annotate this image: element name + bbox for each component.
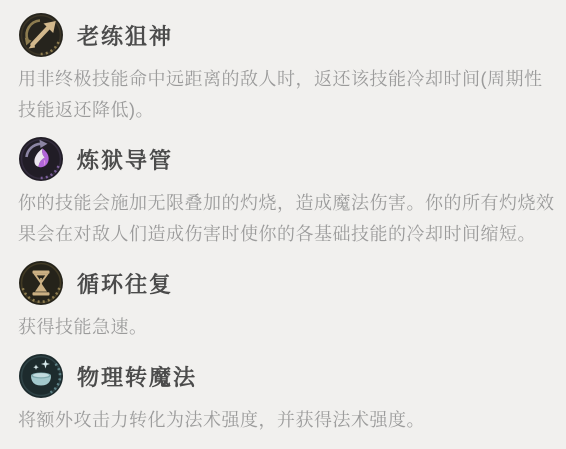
augment-item-header: 循环往复 (18, 260, 560, 306)
augment-item: 物理转魔法 将额外攻击力转化为法术强度，并获得法术强度。 (18, 353, 560, 436)
augment-name: 循环往复 (77, 268, 173, 299)
augment-name: 炼狱导管 (77, 144, 173, 175)
augment-item-header: 物理转魔法 (18, 353, 560, 399)
augment-description: 将额外攻击力转化为法术强度，并获得法术强度。 (18, 405, 560, 436)
augment-description: 用非终极技能命中远距离的敌人时，返还该技能冷却时间(周期性技能返还降低)。 (18, 64, 560, 126)
augment-item-header: 炼狱导管 (18, 136, 560, 182)
augment-item: 老练狙神 用非终极技能命中远距离的敌人时，返还该技能冷却时间(周期性技能返还降低… (18, 12, 560, 126)
cauldron-sparkles-icon (18, 353, 64, 399)
hourglass-icon (18, 260, 64, 306)
augment-name: 物理转魔法 (77, 361, 197, 392)
augment-description: 获得技能急速。 (18, 312, 560, 343)
augment-item-header: 老练狙神 (18, 12, 560, 58)
infernal-flame-icon (18, 136, 64, 182)
augment-list-panel: 老练狙神 用非终极技能命中远距离的敌人时，返还该技能冷却时间(周期性技能返还降低… (0, 0, 566, 449)
augment-item: 炼狱导管 你的技能会施加无限叠加的灼烧，造成魔法伤害。你的所有灼烧效果会在对敌人… (18, 136, 560, 250)
augment-name: 老练狙神 (77, 20, 173, 51)
augment-item: 循环往复 获得技能急速。 (18, 260, 560, 343)
sniper-arrow-icon (18, 12, 64, 58)
augment-description: 你的技能会施加无限叠加的灼烧，造成魔法伤害。你的所有灼烧效果会在对敌人们造成伤害… (18, 188, 560, 250)
